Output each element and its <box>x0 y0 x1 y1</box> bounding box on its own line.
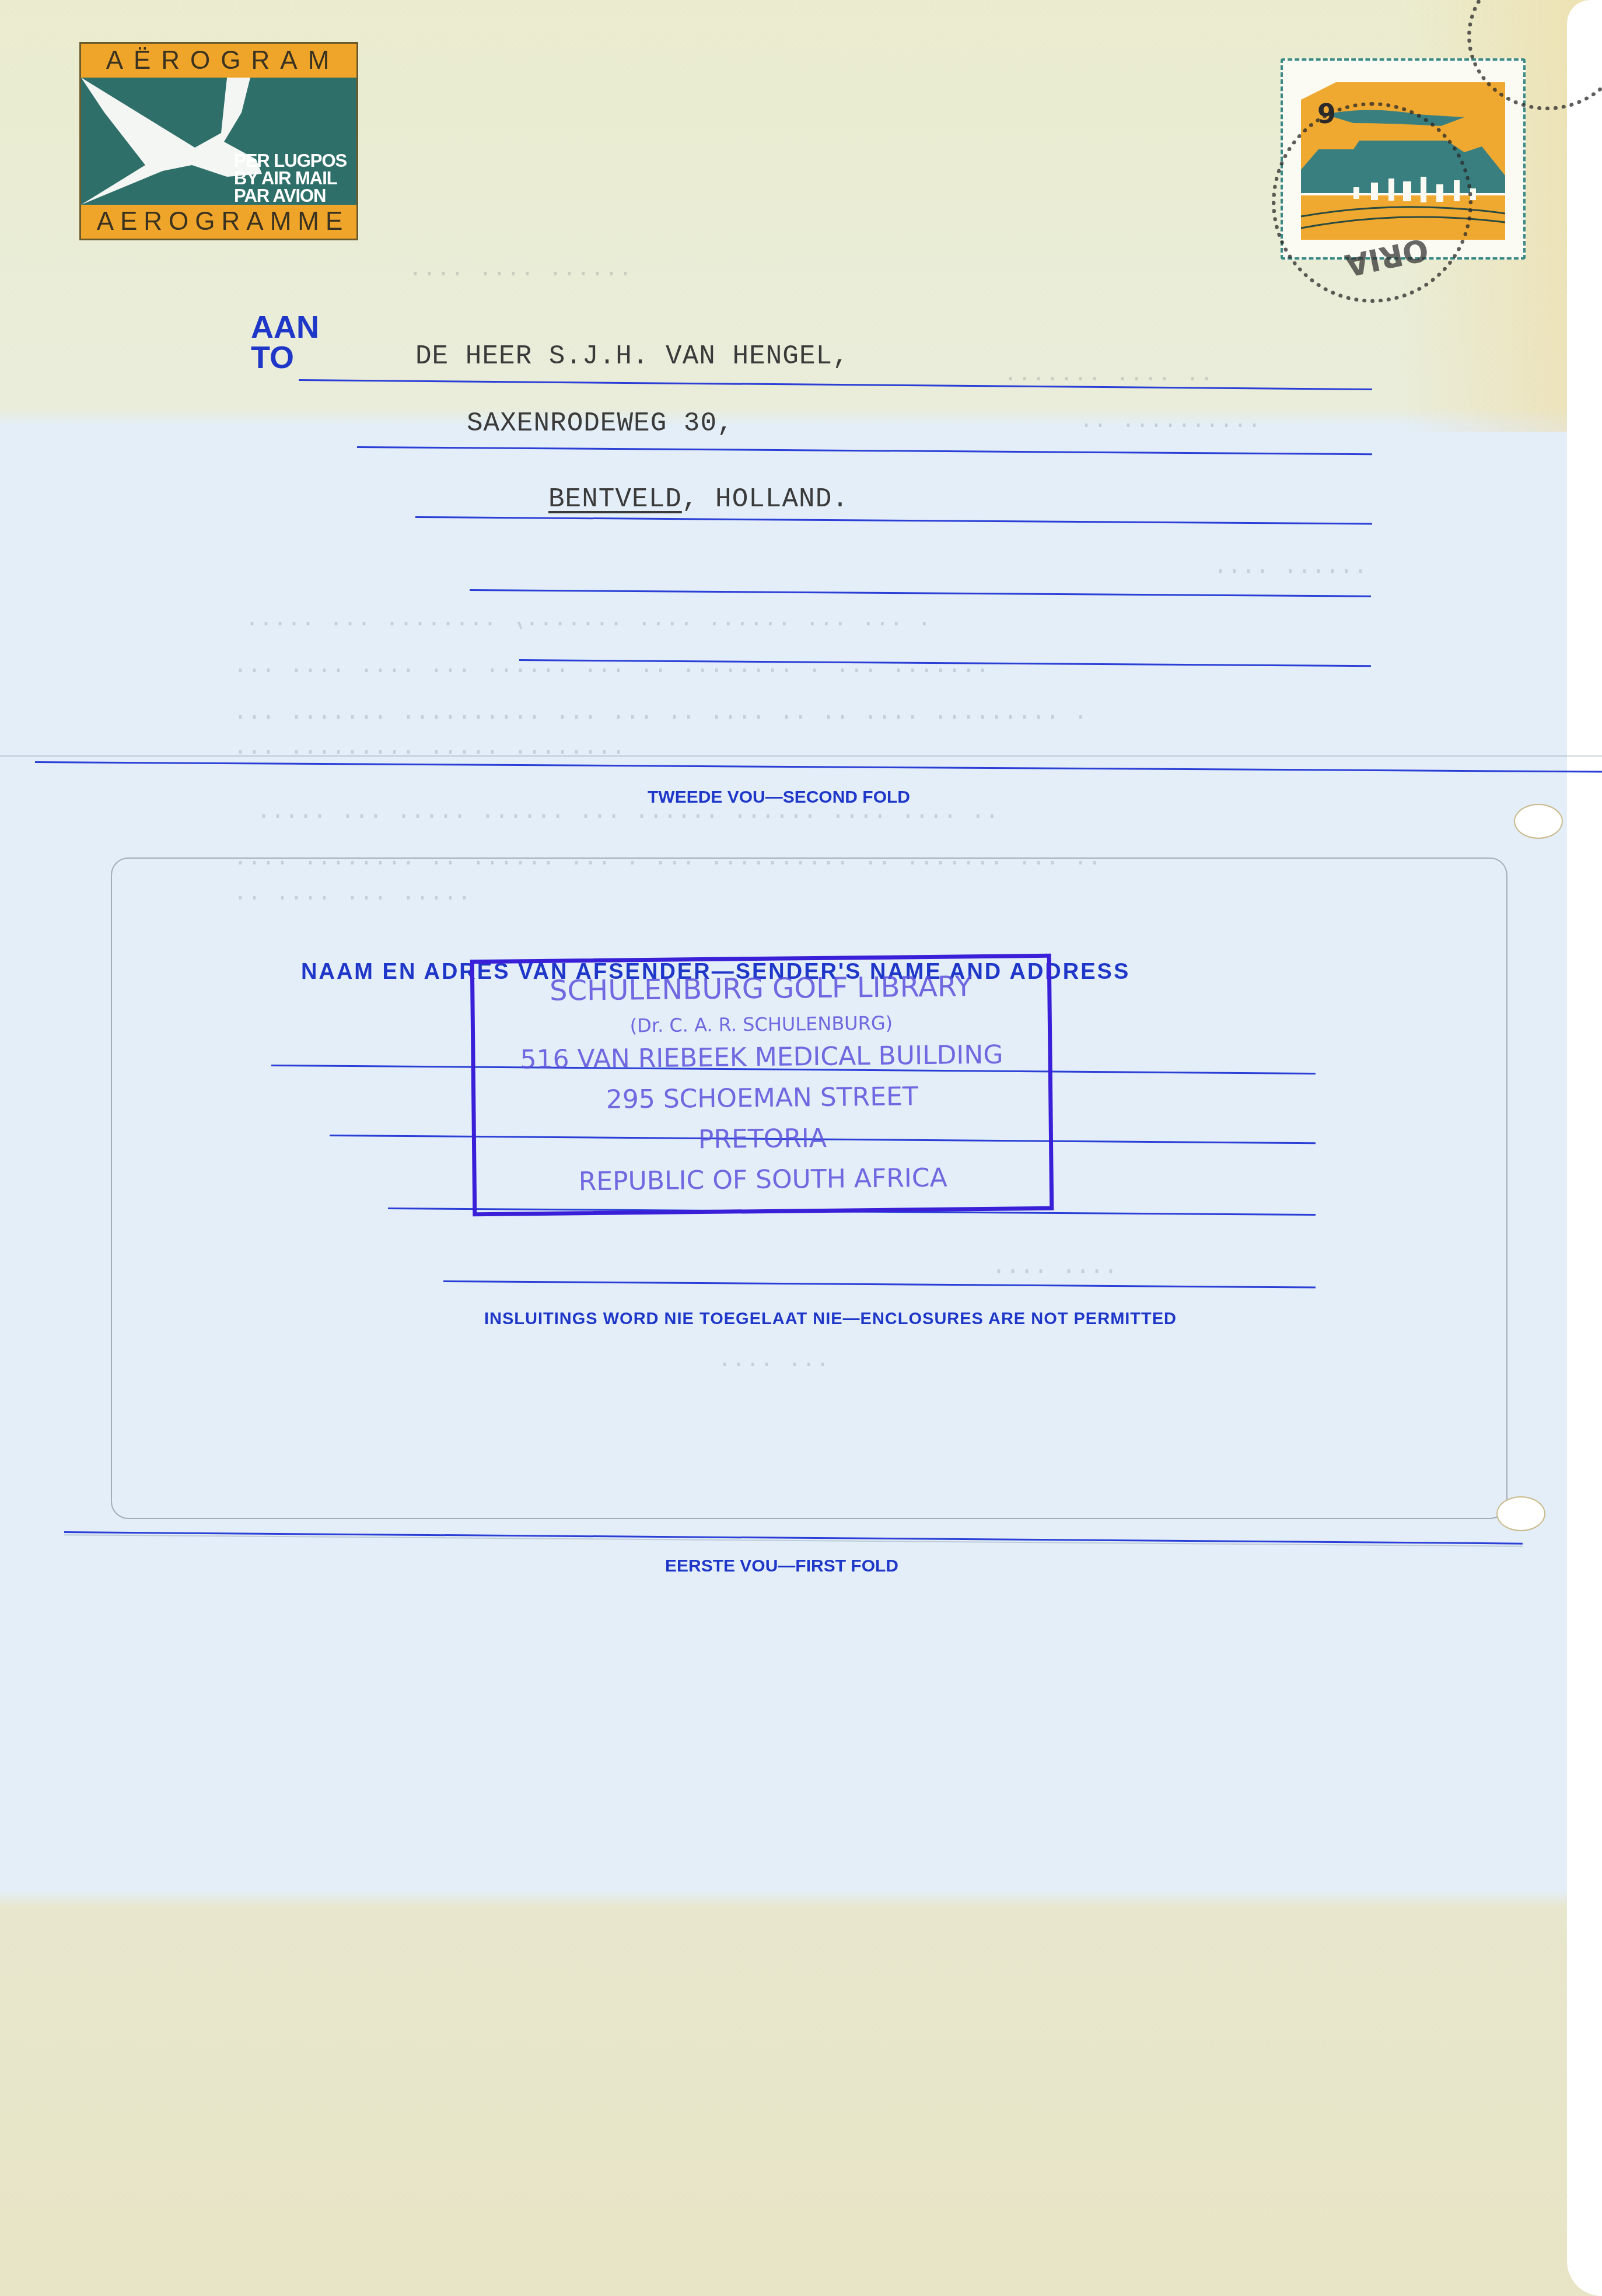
sender-stamp-line-6: REPUBLIC OF SOUTH AFRICA <box>476 1162 1049 1198</box>
aerogramme-band-bottom: AEROGRAMME <box>81 205 356 239</box>
address-line-4 <box>470 589 1371 597</box>
par-avion-text: PAR AVION <box>234 187 347 205</box>
second-fold-line <box>35 761 1602 772</box>
address-line-3 <box>415 516 1372 524</box>
first-fold-label: EERSTE VOU—FIRST FOLD <box>665 1556 898 1576</box>
to-label: TO <box>251 342 319 373</box>
airmail-label: AËROGRAM PER LUGPOS BY AIR MAIL PAR AVIO… <box>79 42 358 240</box>
punch-hole-bottom <box>1496 1496 1545 1531</box>
aerogram-band-top: AËROGRAM <box>81 44 356 78</box>
show-through-text: . ... ... ...... .... ......., ........ … <box>245 607 931 633</box>
underlined-city: BENTVELD <box>548 484 682 514</box>
first-fold-line <box>64 1531 1523 1545</box>
show-through-text: ....... ... . ........ .. ... ...... ...… <box>233 653 989 680</box>
punch-hole-top <box>1514 804 1563 839</box>
sender-stamp-line-2: (Dr. C. A. R. SCHULENBURG) <box>475 1010 1048 1038</box>
show-through-text: .......... .. <box>1079 408 1261 435</box>
fold-crease <box>0 755 1602 757</box>
sender-stamp-line-3: 516 VAN RIEBEEK MEDICAL BUILDING <box>475 1039 1048 1075</box>
by-air-mail-text: BY AIR MAIL <box>234 170 347 187</box>
recipient-label: AAN TO <box>251 312 319 373</box>
city-country: , HOLLAND. <box>682 484 849 514</box>
sheet-edge <box>1567 0 1602 2296</box>
recipient-line-2: SAXENRODEWEG 30, <box>467 408 734 439</box>
sender-stamp-line-1: SCHULENBURG GOLF LIBRARY <box>474 970 1048 1008</box>
postage-stamp: 9 ORIA <box>1257 32 1561 312</box>
recipient-line-3: BENTVELD, HOLLAND. <box>548 484 849 514</box>
sender-stamp-line-4: 295 SCHOEMAN STREET <box>475 1080 1048 1116</box>
recipient-line-1: DE HEER S.J.H. VAN HENGEL, <box>415 341 849 372</box>
show-through-text: ........ ..... ......... ... <box>233 735 625 761</box>
enclosures-notice: INSLUITINGS WORD NIE TOEGELAAT NIE—ENCLO… <box>484 1310 1177 1329</box>
show-through-text: .. .... ....... <box>1003 362 1213 388</box>
sender-stamp-line-5: PRETORIA <box>476 1121 1049 1157</box>
show-through-text: ...... .... .... <box>408 257 632 283</box>
aerogramme-sheet: ...... .... .... .. .... ....... .......… <box>0 0 1602 2296</box>
show-through-text: ...... .... <box>1213 554 1367 580</box>
address-line-2 <box>357 446 1372 455</box>
aan-label: AAN <box>251 312 319 342</box>
sender-rubber-stamp: SCHULENBURG GOLF LIBRARY (Dr. C. A. R. S… <box>470 954 1054 1216</box>
airmail-via-text: PER LUGPOS BY AIR MAIL PAR AVION <box>234 152 347 205</box>
second-fold-label: TWEEDE VOU—SECOND FOLD <box>648 787 910 807</box>
per-lugpos-text: PER LUGPOS <box>234 152 347 170</box>
show-through-text: . ......... .... .. .. .... .. ... ... .… <box>233 700 1087 726</box>
